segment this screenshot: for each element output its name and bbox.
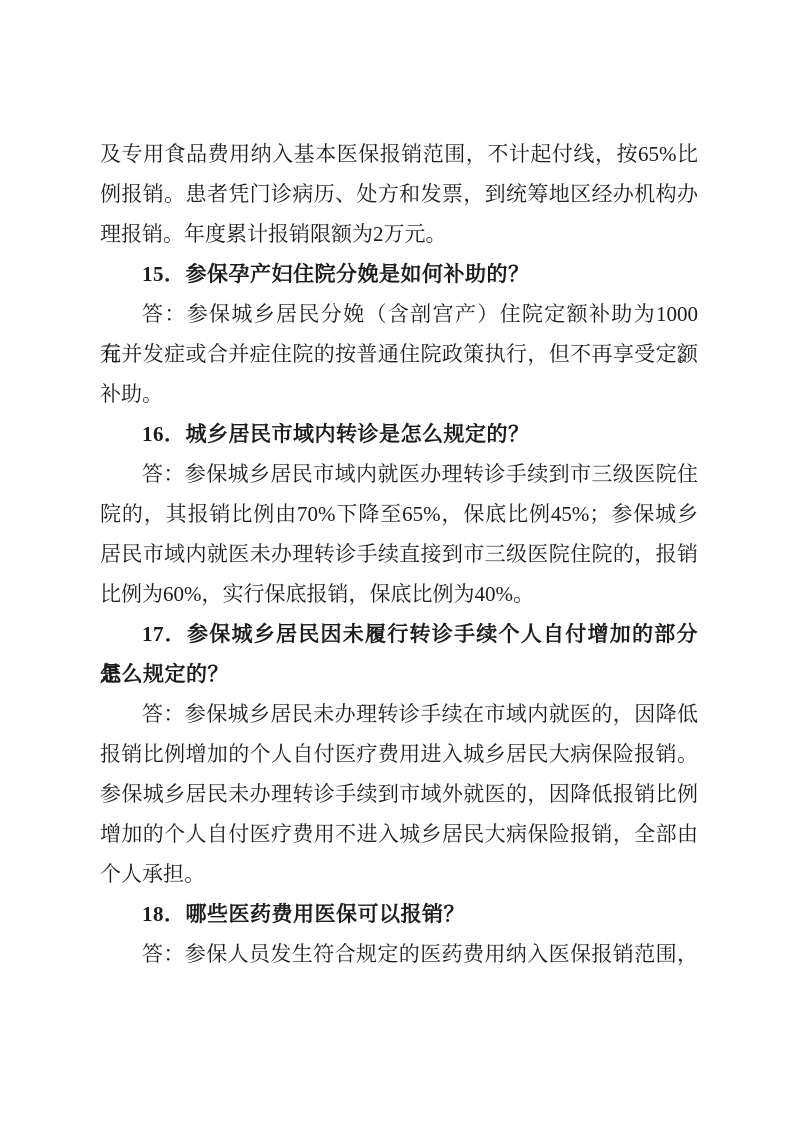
question-line: 18．哪些医药费用医保可以报销？ <box>100 894 698 934</box>
answer-line: 比例为60%，实行保底报销，保底比例为40%。 <box>100 574 698 614</box>
question-line: 15．参保孕产妇住院分娩是如何补助的？ <box>100 254 698 294</box>
answer-line: 例报销。患者凭门诊病历、处方和发票，到统筹地区经办机构办 <box>100 174 698 214</box>
question-line: 16．城乡居民市域内转诊是怎么规定的？ <box>100 414 698 454</box>
answer-line: 院的，其报销比例由70%下降至65%，保底比例45%；参保城乡 <box>100 494 698 534</box>
answer-line: 及专用食品费用纳入基本医保报销范围，不计起付线，按65%比 <box>100 134 698 174</box>
answer-line: 有并发症或合并症住院的按普通住院政策执行，但不再享受定额 <box>100 334 698 374</box>
answer-line: 理报销。年度累计报销限额为2万元。 <box>100 214 698 254</box>
answer-line: 个人承担。 <box>100 854 698 894</box>
answer-line: 答：参保人员发生符合规定的医药费用纳入医保报销范围， <box>100 934 698 974</box>
text-block: 及专用食品费用纳入基本医保报销范围，不计起付线，按65%比例报销。患者凭门诊病历… <box>100 134 698 974</box>
answer-line: 答：参保城乡居民市域内就医办理转诊手续到市三级医院住 <box>100 454 698 494</box>
answer-line: 参保城乡居民未办理转诊手续到市域外就医的，因降低报销比例 <box>100 774 698 814</box>
answer-line: 答：参保城乡居民分娩（含剖宫产）住院定额补助为1000元。 <box>100 294 698 334</box>
question-line: 怎么规定的？ <box>100 654 698 694</box>
question-line: 17．参保城乡居民因未履行转诊手续个人自付增加的部分是 <box>100 614 698 654</box>
answer-line: 答：参保城乡居民未办理转诊手续在市域内就医的，因降低 <box>100 694 698 734</box>
answer-line: 增加的个人自付医疗费用不进入城乡居民大病保险报销，全部由 <box>100 814 698 854</box>
answer-line: 补助。 <box>100 374 698 414</box>
answer-line: 居民市域内就医未办理转诊手续直接到市三级医院住院的，报销 <box>100 534 698 574</box>
document-page: 及专用食品费用纳入基本医保报销范围，不计起付线，按65%比例报销。患者凭门诊病历… <box>0 0 793 1122</box>
answer-line: 报销比例增加的个人自付医疗费用进入城乡居民大病保险报销。 <box>100 734 698 774</box>
